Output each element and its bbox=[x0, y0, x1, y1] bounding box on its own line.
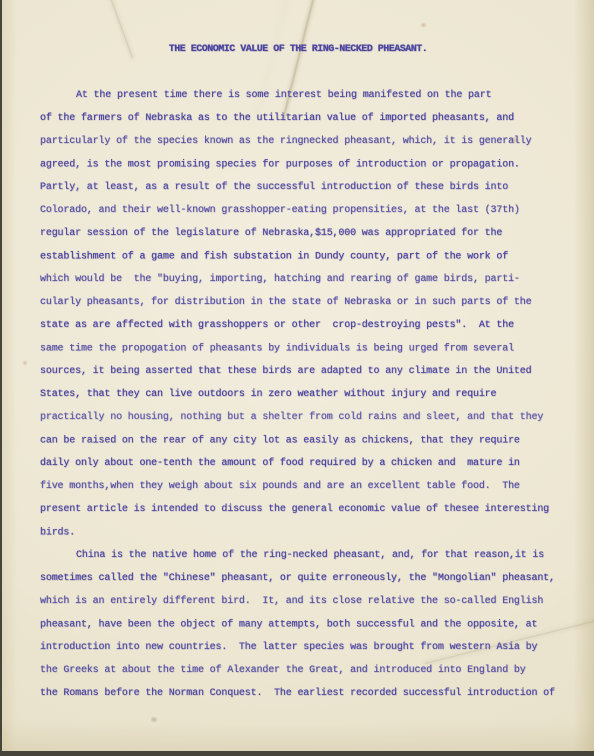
document-body: At the present time there is some intere… bbox=[40, 84, 570, 705]
text-line: Partly, at least, as a result of the suc… bbox=[40, 176, 570, 199]
text-line: the Greeks at about the time of Alexande… bbox=[40, 659, 570, 682]
text-line: agreed, is the most promising species fo… bbox=[40, 153, 570, 176]
paragraph: At the present time there is some intere… bbox=[40, 84, 570, 544]
document-title: THE ECONOMIC VALUE OF THE RING-NECKED PH… bbox=[2, 44, 594, 55]
text-line: birds. bbox=[40, 521, 570, 544]
text-line: present article is intended to discuss t… bbox=[40, 498, 570, 521]
text-line: establishment of a game and fish substat… bbox=[40, 245, 570, 268]
paper-stain bbox=[22, 360, 28, 366]
document-page: THE ECONOMIC VALUE OF THE RING-NECKED PH… bbox=[2, 0, 594, 751]
text-line: daily only about one-tenth the amount of… bbox=[40, 452, 570, 475]
text-line: States, that they can live outdoors in z… bbox=[40, 383, 570, 406]
text-line: sometimes called the "Chinese" pheasant,… bbox=[40, 567, 570, 590]
text-line: particularly of the species known as the… bbox=[40, 130, 570, 153]
text-line: which is an entirely different bird. It,… bbox=[40, 590, 570, 613]
paper-stain bbox=[150, 716, 158, 723]
text-line: same time the propogation of pheasants b… bbox=[40, 337, 570, 360]
text-line: which would be the "buying, importing, h… bbox=[40, 268, 570, 291]
text-line: regular session of the legislature of Ne… bbox=[40, 222, 570, 245]
paper-stain bbox=[420, 22, 427, 28]
text-line: of the farmers of Nebraska as to the uti… bbox=[40, 107, 570, 130]
text-line: five months,when they weigh about six po… bbox=[40, 475, 570, 498]
text-line: can be raised on the rear of any city lo… bbox=[40, 429, 570, 452]
photo-of-document: { "document": { "title": "THE ECONOMIC V… bbox=[0, 0, 594, 756]
text-line: practically no housing, nothing but a sh… bbox=[40, 406, 570, 429]
text-line: introduction into new countries. The lat… bbox=[40, 636, 570, 659]
text-line: sources, it being asserted that these bi… bbox=[40, 360, 570, 383]
text-line: pheasant, have been the object of many a… bbox=[40, 613, 570, 636]
paragraph: China is the native home of the ring-nec… bbox=[40, 544, 570, 705]
text-line: Colorado, and their well-known grasshopp… bbox=[40, 199, 570, 222]
text-line: At the present time there is some intere… bbox=[40, 84, 570, 107]
text-line: state as are affected with grasshoppers … bbox=[40, 314, 570, 337]
text-line: cularly pheasants, for distribution in t… bbox=[40, 291, 570, 314]
text-line: the Romans before the Norman Conquest. T… bbox=[40, 682, 570, 705]
text-line: China is the native home of the ring-nec… bbox=[40, 544, 570, 567]
